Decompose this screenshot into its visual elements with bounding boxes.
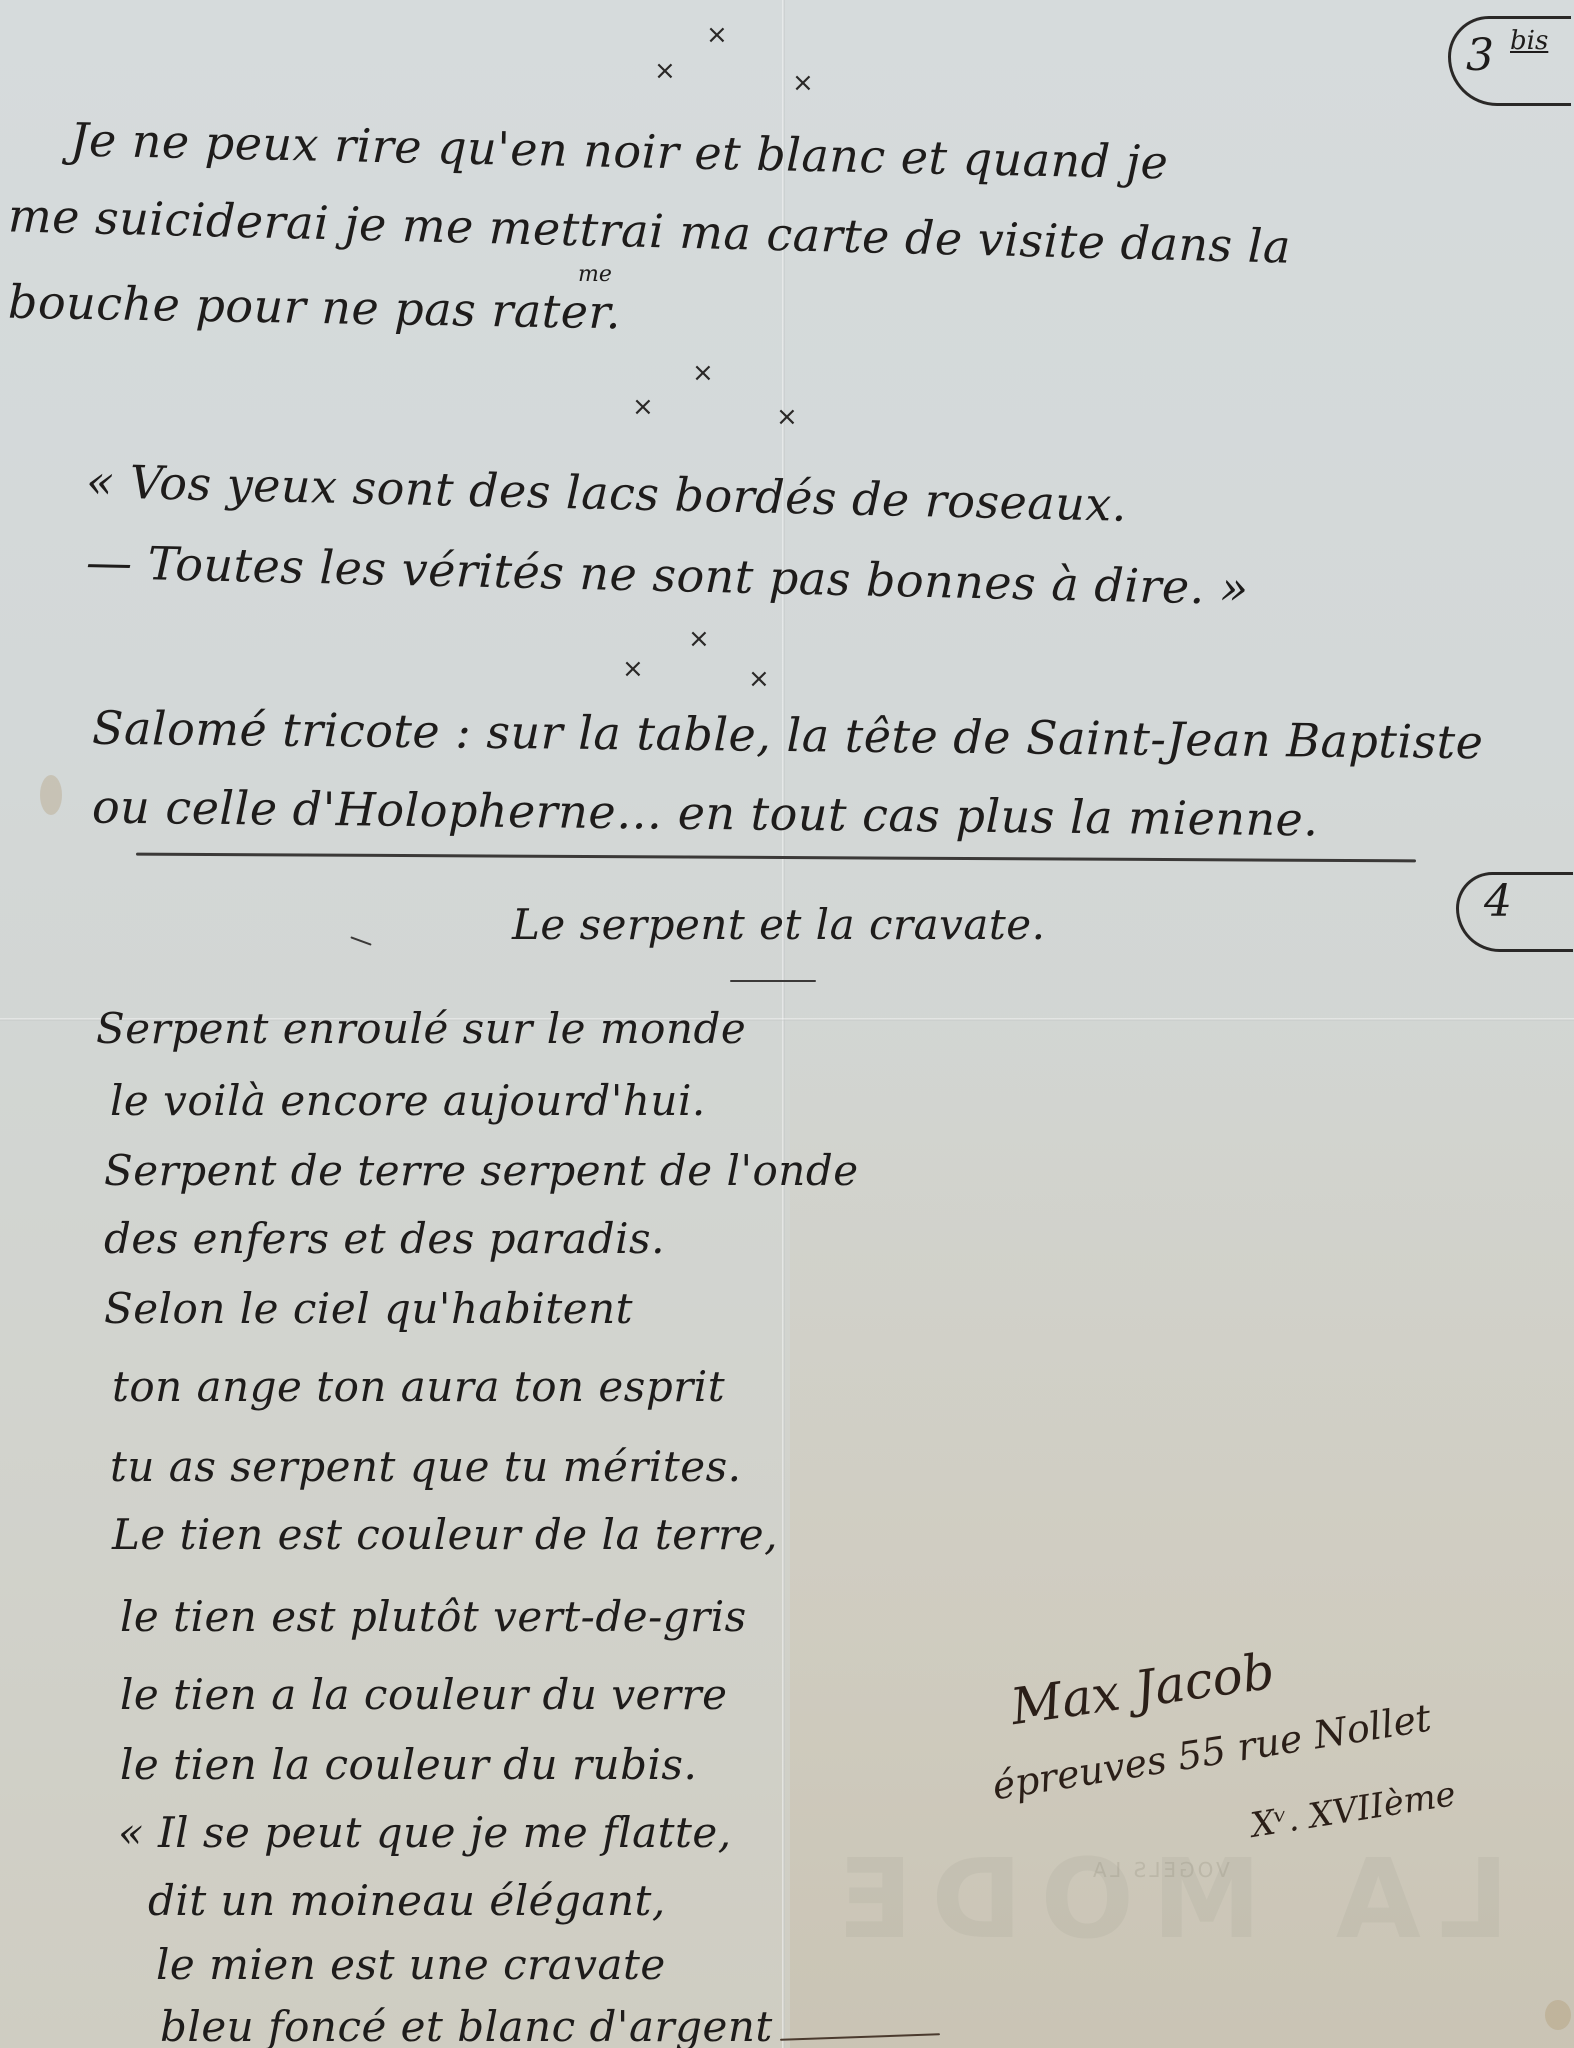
separator-cross: × [776,402,798,432]
poem-line: Serpent enroulé sur le monde [96,1008,746,1050]
page-number-suffix: bis [1510,26,1548,56]
separator-cross: × [692,358,714,388]
trailing-stroke [780,2033,940,2041]
vertical-fold-crease [782,0,785,2048]
separator-cross: × [654,56,676,86]
poem-line: dit un moineau élégant, [148,1880,666,1922]
prose-line: Salomé tricote : sur la table, la tête d… [92,705,1484,766]
dash-mark [350,936,371,945]
prose-line: « Vos yeux sont des lacs bordés de rosea… [86,458,1128,528]
prose-line: bouche pour ne pas rater. [8,279,622,336]
prose-line: me suiciderai je me mettrai ma carte de … [8,192,1292,269]
separator-cross: × [706,20,728,50]
poem-line: le mien est une cravate [156,1944,666,1986]
separator-cross: × [688,624,710,654]
poem-line: « Il se peut que je me flatte, [118,1812,732,1854]
poem-line: Serpent de terre serpent de l'onde [104,1150,859,1192]
rust-stain [1545,2000,1571,2030]
poem-line: Le tien est couleur de la terre, [112,1514,778,1556]
poem-line: le voilà encore aujourd'hui. [110,1080,706,1122]
poem-line: le tien a la couleur du verre [120,1674,727,1716]
poem-line: bleu foncé et blanc d'argent [160,2006,773,2048]
watermark-print-through: LE PETIT ÉCHO DE LA MODE [820,1835,1574,1963]
separator-cross: × [748,664,770,694]
separator-cross: × [792,68,814,98]
watermark-small-print: VOGELS LA [1090,1858,1230,1882]
poem-line: des enfers et des paradis. [104,1218,665,1260]
title-underline [730,980,816,982]
interlinear-insertion: me [578,262,612,287]
prose-line: ou celle d'Holopherne… en tout cas plus … [92,784,1319,843]
poem-line: le tien la couleur du rubis. [120,1744,697,1786]
page-number-4: 4 [1484,876,1512,927]
ink-stain [40,775,62,815]
author-signature: Max Jacob [1007,1642,1278,1736]
page-number-3: 3 [1466,30,1494,81]
separator-cross: × [622,654,644,684]
poem-line: ton ange ton aura ton esprit [112,1366,725,1408]
prose-line: — Toutes les vérités ne sont pas bonnes … [86,539,1250,611]
poem-line: tu as serpent que tu mérites. [110,1446,741,1488]
page-marker-bracket [1456,872,1573,952]
poem-line: Selon le ciel qu'habitent [104,1288,633,1330]
poem-line: le tien est plutôt vert-de-gris [120,1596,747,1638]
section-divider [136,853,1416,863]
poem-title: Le serpent et la cravate. [512,904,1046,946]
prose-line: Je ne peux rire qu'en noir et blanc et q… [70,117,1169,186]
separator-cross: × [632,392,654,422]
